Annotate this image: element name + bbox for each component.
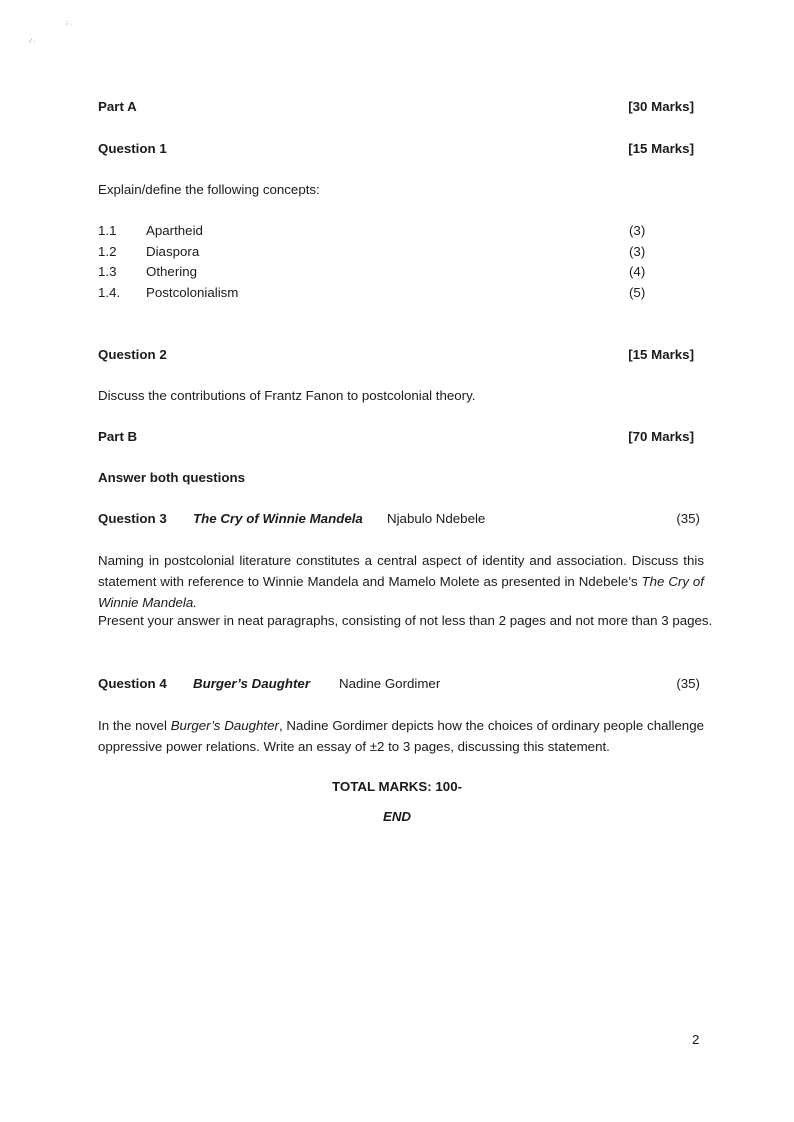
item-marks: (5) (629, 285, 645, 300)
part-a-heading: Part A (98, 99, 137, 114)
question4-text-prefix: In the novel (98, 718, 171, 733)
total-marks: TOTAL MARKS: 100- (0, 779, 794, 794)
question4-author: Nadine Gordimer (339, 676, 440, 691)
question3-text: Naming in postcolonial literature consti… (98, 550, 704, 613)
part-a-marks: [30 Marks] (628, 99, 694, 114)
item-concept: Apartheid (146, 223, 203, 238)
part-b-instruction: Answer both questions (98, 470, 245, 485)
question2-text: Discuss the contributions of Frantz Fano… (98, 388, 475, 403)
item-number: 1.4. (98, 285, 120, 300)
question4-text-title: Burger’s Daughter (171, 718, 279, 733)
question3-text-body: Naming in postcolonial literature consti… (98, 553, 704, 589)
question3-instruction: Present your answer in neat paragraphs, … (98, 613, 712, 628)
question4-heading: Question 4 (98, 676, 167, 691)
page-number: 2 (692, 1032, 699, 1047)
item-marks: (4) (629, 264, 645, 279)
question1-marks: [15 Marks] (628, 141, 694, 156)
question4-title: Burger’s Daughter (193, 676, 310, 691)
question3-marks: (35) (676, 511, 700, 526)
item-concept: Postcolonialism (146, 285, 238, 300)
question2-marks: [15 Marks] (628, 347, 694, 362)
item-concept: Othering (146, 264, 197, 279)
question1-heading: Question 1 (98, 141, 167, 156)
end-marker: END (0, 809, 794, 824)
part-b-marks: [70 Marks] (628, 429, 694, 444)
item-marks: (3) (629, 244, 645, 259)
part-b-heading: Part B (98, 429, 137, 444)
item-number: 1.2 (98, 244, 117, 259)
question3-author: Njabulo Ndebele (387, 511, 485, 526)
question4-marks: (35) (676, 676, 700, 691)
question3-heading: Question 3 (98, 511, 167, 526)
question2-heading: Question 2 (98, 347, 167, 362)
question4-text: In the novel Burger’s Daughter, Nadine G… (98, 715, 704, 757)
item-number: 1.3 (98, 264, 117, 279)
question1-instruction: Explain/define the following concepts: (98, 182, 320, 197)
question3-title: The Cry of Winnie Mandela (193, 511, 363, 526)
item-marks: (3) (629, 223, 645, 238)
scan-artifact-mark: ·⁄ · (28, 38, 36, 45)
item-concept: Diaspora (146, 244, 199, 259)
scan-artifact-mark: ⁝ · (66, 20, 73, 28)
item-number: 1.1 (98, 223, 117, 238)
